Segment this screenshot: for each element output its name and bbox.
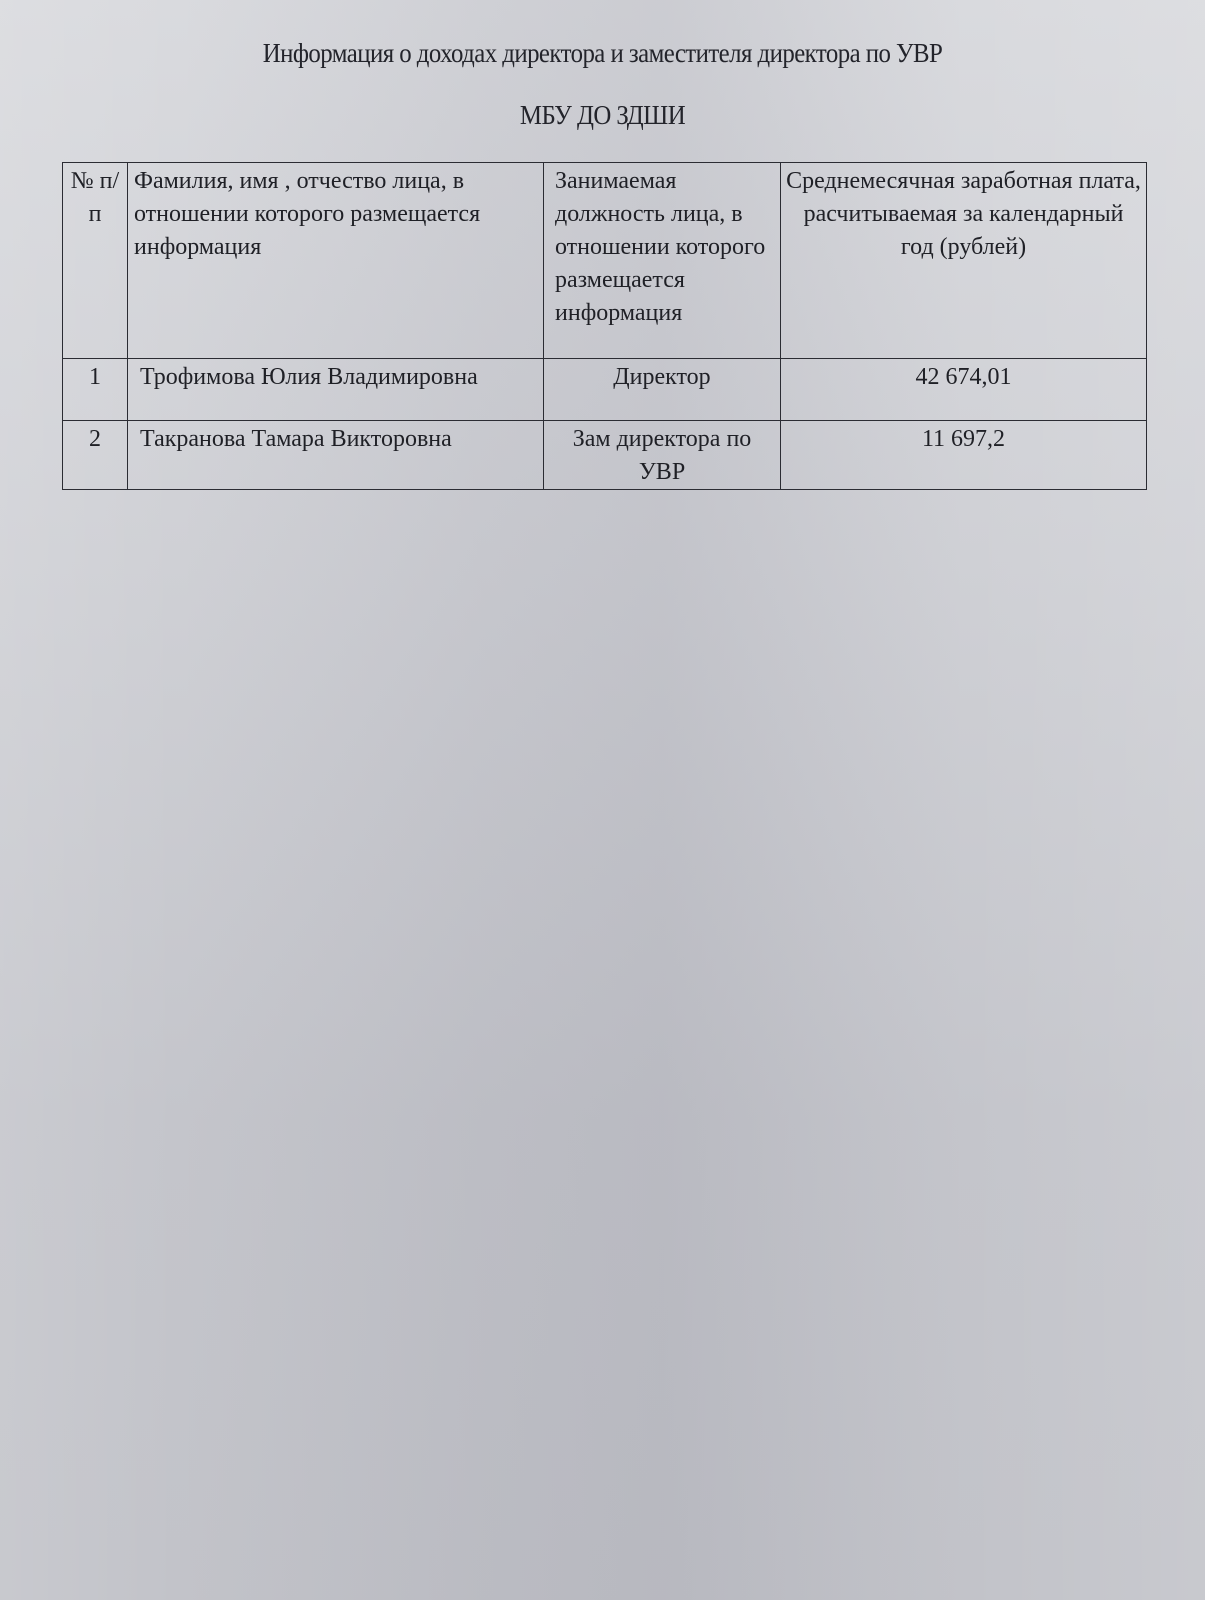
header-position: Занимаемая должность лица, в отношении к… — [544, 163, 781, 359]
table-header-row: № п/п Фамилия, имя , отчество лица, в от… — [63, 163, 1147, 359]
document-title: Информация о доходах директора и замести… — [48, 38, 1157, 69]
row-position: Директор — [544, 359, 781, 421]
row-number: 1 — [63, 359, 128, 421]
organization-name: МБУ ДО ЗДШИ — [48, 100, 1157, 131]
row-avg-salary: 42 674,01 — [781, 359, 1147, 421]
row-position: Зам директора по УВР — [544, 421, 781, 490]
document-page: Информация о доходах директора и замести… — [0, 0, 1205, 1600]
row-number: 2 — [63, 421, 128, 490]
header-full-name: Фамилия, имя , отчество лица, в отношени… — [128, 163, 544, 359]
row-full-name: Трофимова Юлия Владимировна — [128, 359, 544, 421]
table-row: 2 Такранова Тамара Викторовна Зам директ… — [63, 421, 1147, 490]
row-avg-salary: 11 697,2 — [781, 421, 1147, 490]
row-full-name: Такранова Тамара Викторовна — [128, 421, 544, 490]
table-row: 1 Трофимова Юлия Владимировна Директор 4… — [63, 359, 1147, 421]
header-avg-salary: Среднемесячная заработная плата, расчиты… — [781, 163, 1147, 359]
header-number: № п/п — [63, 163, 128, 359]
income-table: № п/п Фамилия, имя , отчество лица, в от… — [62, 162, 1147, 490]
